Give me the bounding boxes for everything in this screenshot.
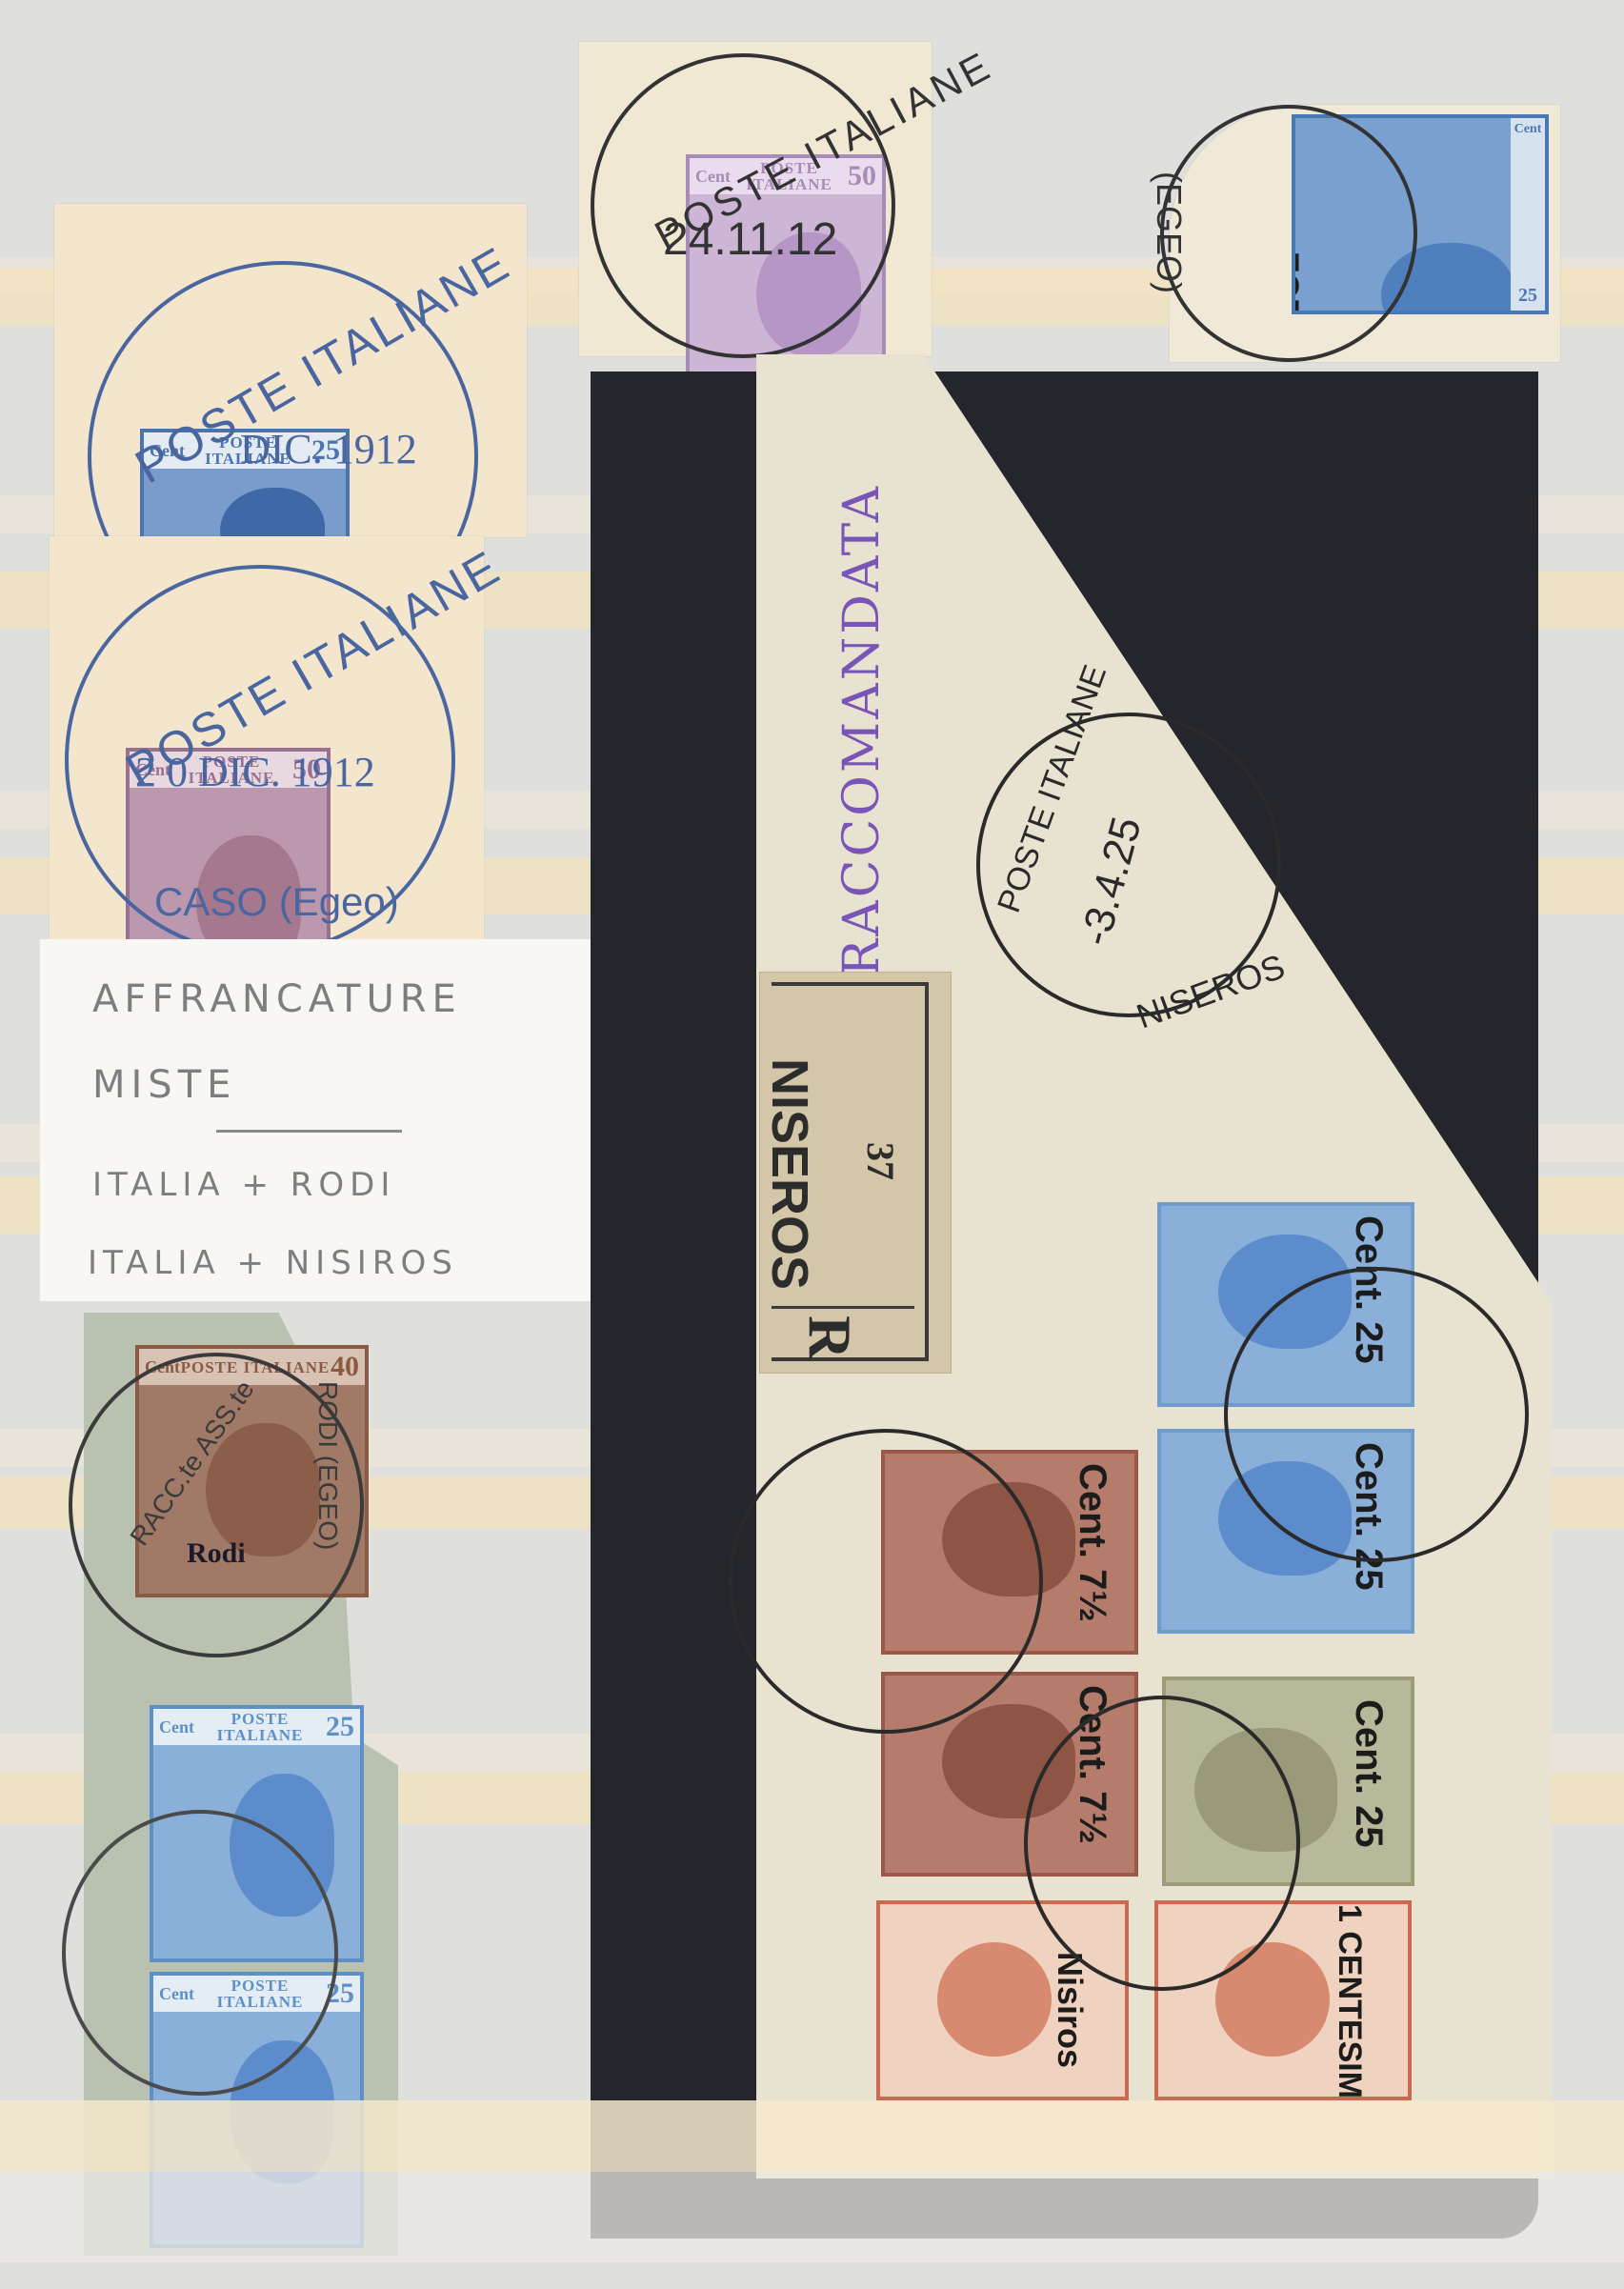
overprint-cent-7-half: Cent. 7½ — [1071, 1463, 1113, 1622]
postmark-date: 24.11.12 — [663, 213, 837, 266]
album-strip-bottom — [0, 2100, 1624, 2172]
registration-label: NISEROS 37 R — [759, 972, 952, 1374]
fragment-left-1: Cent POSTE ITALIANE 25 POSTE ITALIANE DI… — [54, 204, 527, 537]
postmark-egeo — [1160, 105, 1417, 362]
postmark-rodi-racc-2 — [62, 1810, 338, 2096]
postmark-date: DIC. 1912 — [240, 425, 417, 473]
fragment-left-2: Cent POSTE ITALIANE 50 POSTE ITALIANE 2 … — [50, 536, 484, 955]
postmark-niseros-stamps-3 — [1024, 1696, 1300, 1991]
postmark-text: RODI (EGEO) — [312, 1381, 343, 1550]
postmark-text: (EGEO) — [1149, 171, 1189, 293]
postmark-date: 2 0 DIC. 1912 — [135, 748, 375, 796]
overprint-cent-25: Cent. 25 — [1347, 1699, 1390, 1848]
postmark-niseros-stamps-2 — [729, 1429, 1043, 1734]
label-r: R — [794, 1315, 865, 1359]
fragment-top-center: Cent POSTE ITALIANE 50 POSTE ITALIANE 24… — [579, 42, 932, 356]
raccomandata-handstamp: RACCOMANDATA — [833, 484, 891, 976]
overprint-nisiros: Nisiros — [1050, 1952, 1090, 2068]
label-office: NISEROS — [760, 1058, 819, 1290]
album-strip-bottom-lower — [0, 2172, 1624, 2262]
label-divider — [772, 1306, 914, 1309]
overprint-1-centesimi: 1 CENTESIMI — [1331, 1904, 1368, 2100]
fragment-top-right: EGEO Cent 25 (EGEO) — [1170, 105, 1560, 362]
postmark-niseros-stamps-1 — [1224, 1267, 1529, 1562]
note-underline — [216, 1130, 402, 1133]
label-number: 37 — [858, 1142, 903, 1180]
note-line-nisiros: ITALIA + NISIROS — [88, 1244, 458, 1282]
note-title: AFFRANCATURE — [92, 977, 462, 1021]
note-subtitle: MISTE — [92, 1063, 236, 1107]
postmark-text: CASO (Egeo) — [154, 879, 399, 925]
note-card: AFFRANCATURE MISTE ITALIA + RODI ITALIA … — [40, 939, 592, 1301]
note-line-rodi: ITALIA + RODI — [92, 1166, 395, 1204]
